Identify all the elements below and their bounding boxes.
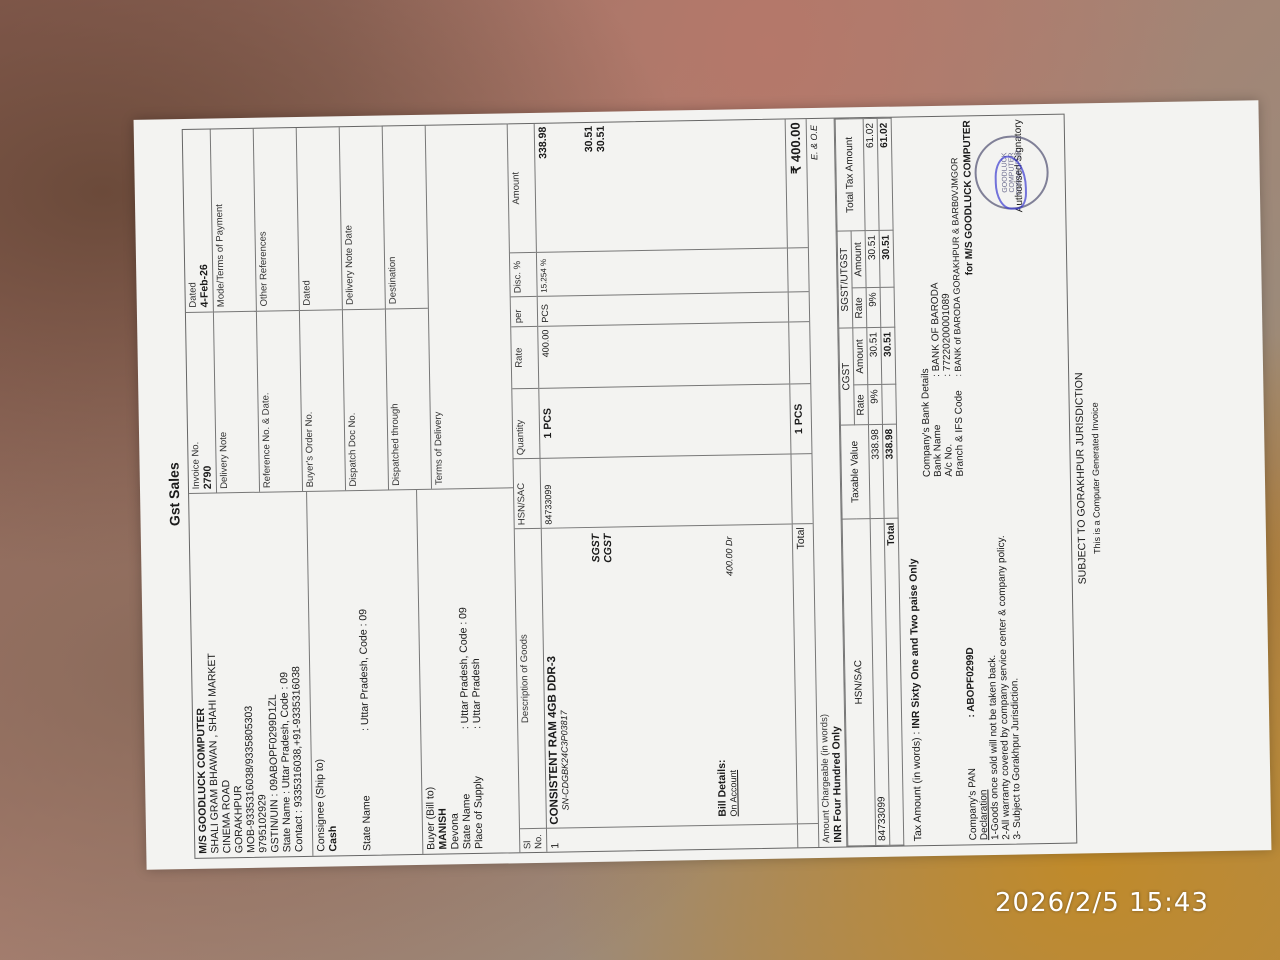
delivery-note-label: Delivery Note [213,311,258,493]
item-per: PCS [537,291,787,325]
tax-words-label: Tax Amount (in words) : [910,731,924,841]
consignee-state-value: : Uttar Pradesh, Code : 09 [357,609,371,731]
item-si: 1 [546,823,796,851]
col-description: Description of Goods [514,528,545,828]
col-amount: Amount [507,124,535,252]
invoice-page: Gst Sales M/S GOODLUCK COMPUTER SHALI GR… [151,111,1254,860]
invoice-meta: Invoice No.2790 Dated4-Feb-26 Delivery N… [182,124,512,493]
buyers-order-label: Buyer's Order No. [299,309,344,491]
col-per: per [510,296,537,326]
reference-label: Reference No. & Date. [256,310,301,492]
total-amount: ₹ 400.00 [785,119,807,247]
other-references-label: Other References [253,128,298,310]
tax-col-total: Total Tax Amount [835,119,865,232]
sgst-rate-header: Rate [852,288,867,328]
buyer-pos-label: Place of Supply [471,729,485,849]
item-disc: 15.254 % [536,248,787,296]
buyer-state-value: : Uttar Pradesh, Code : 09 [457,607,471,729]
sgst-amount-header: Amount [851,231,866,289]
cgst-amount: 30.51 [594,126,608,248]
buyer-pos-value: : Uttar Pradesh [469,658,482,729]
destination-label: Destination [382,126,427,308]
dispatched-through-label: Dispatched through [385,308,430,490]
invoice-paper: Gst Sales M/S GOODLUCK COMPUTER SHALI GR… [134,100,1272,870]
cgst-amount-header: Amount [852,328,867,386]
item-rate: 400.00 [538,321,789,387]
total-qty: 1 PCS [790,383,811,453]
tax-col-taxable: Taxable Value [840,425,870,519]
cgst-rate-header: Rate [853,385,868,425]
dispatch-doc-label: Dispatch Doc No. [342,308,387,490]
item-hsn: 84733099 [540,453,791,527]
consignee-block: Consignee (Ship to) Cash State Name : Ut… [307,490,423,855]
tax-sgst-label: SGST [589,534,602,563]
order-dated-label: Dated [296,127,341,309]
col-rate: Rate [511,326,538,388]
mode-terms-label: Mode/Terms of Payment [210,129,255,311]
buyer-block: Buyer (Bill to) MANISH Devona State Name… [417,489,519,854]
terms-of-delivery-label: Terms of Delivery [425,124,512,489]
bank-ac: : 77220200001089 [940,293,952,377]
invoice-date: 4-Feb-26 [195,134,210,308]
tax-col-cgst: CGST [838,328,854,425]
col-disc: Disc. % [509,252,536,296]
table-row: 1 CONSISTENT RAM 4GB DDR-3 SN-CDGBK24C3P… [534,120,798,852]
col-quantity: Quantity [512,388,539,458]
invoice-grid: M/S GOODLUCK COMPUTER SHALI GRAM BHAWAN … [181,114,1077,859]
delivery-note-date-label: Delivery Note Date [339,127,384,309]
bank-branch-label: Branch & IFS Code [953,376,966,476]
pan-label: Company's PAN [966,720,979,840]
bill-type: On Account [727,770,738,817]
item-qty: 1 PCS [539,383,790,457]
tax-words: INR Sixty One and Two paise Only [907,558,922,728]
tax-col-sgst: SGST/UTGST [837,231,853,328]
eoe: E. & O.E [808,125,819,160]
tax-cgst-label: CGST [601,534,614,563]
seller-block: M/S GOODLUCK COMPUTER SHALI GRAM BHAWAN … [189,488,519,858]
bill-value: 400.00 Dr [723,536,734,576]
col-hsn: HSN/SAC [513,458,540,528]
consignee-state-label: State Name [359,731,373,851]
pan-value: : ABOPF0299D [964,647,976,717]
col-si: Sl No. [519,828,545,852]
photo-timestamp: 2026/2/5 15:43 [995,888,1209,918]
item-amount: 338.98 [536,127,550,249]
